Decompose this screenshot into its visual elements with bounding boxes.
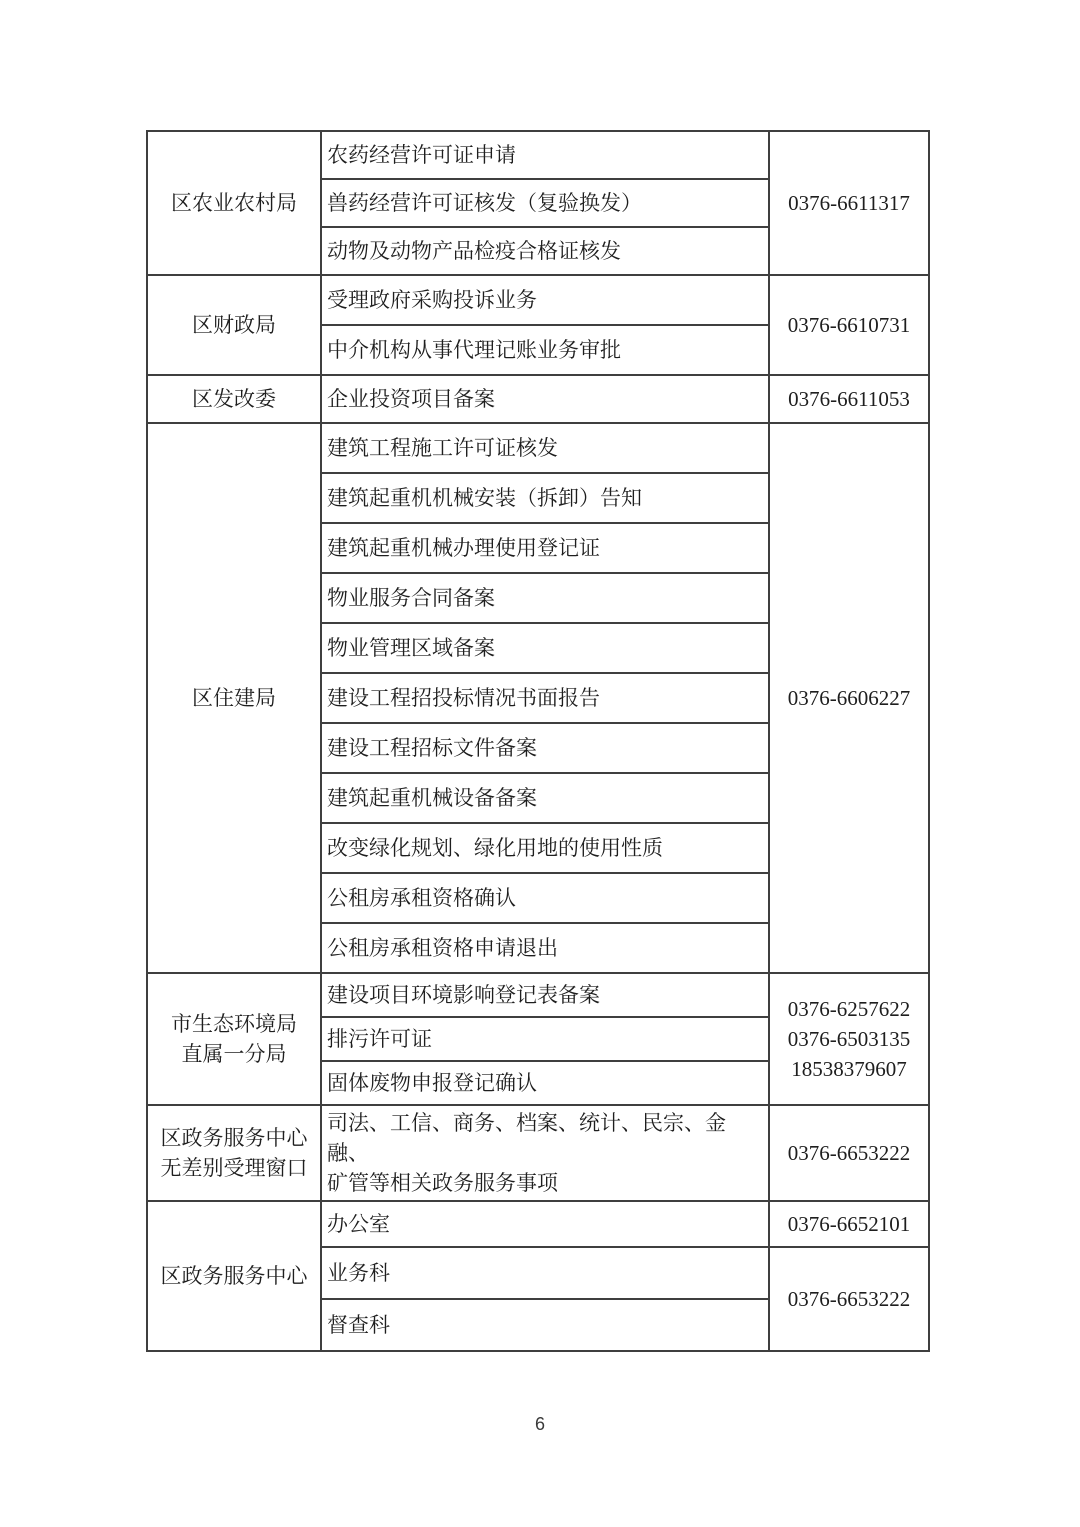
phone-cell: 0376-6611317: [769, 131, 929, 275]
table-row: 区政务服务中心办公室0376-6652101: [147, 1201, 929, 1247]
phone-cell: 0376-6653222: [769, 1105, 929, 1201]
service-item-cell: 建设工程招标文件备案: [321, 723, 769, 773]
service-item-cell: 建筑起重机械办理使用登记证: [321, 523, 769, 573]
department-cell: 区政务服务中心 无差别受理窗口: [147, 1105, 321, 1201]
department-cell: 区发改委: [147, 375, 321, 423]
table-row: 市生态环境局 直属一分局建设项目环境影响登记表备案0376-6257622 03…: [147, 973, 929, 1017]
document-page: 区农业农村局农药经营许可证申请0376-6611317兽药经营许可证核发（复验换…: [0, 0, 1080, 1527]
service-item-cell: 公租房承租资格申请退出: [321, 923, 769, 973]
service-item-cell: 建筑起重机械设备备案: [321, 773, 769, 823]
department-cell: 市生态环境局 直属一分局: [147, 973, 321, 1105]
phone-cell: 0376-6653222: [769, 1247, 929, 1351]
page-number: 6: [0, 1414, 1080, 1435]
table-row: 区发改委企业投资项目备案0376-6611053: [147, 375, 929, 423]
table-row: 区住建局建筑工程施工许可证核发0376-6606227: [147, 423, 929, 473]
department-cell: 区政务服务中心: [147, 1201, 321, 1351]
service-item-cell: 建设工程招投标情况书面报告: [321, 673, 769, 723]
service-item-cell: 督查科: [321, 1299, 769, 1351]
service-item-cell: 业务科: [321, 1247, 769, 1299]
service-item-cell: 排污许可证: [321, 1017, 769, 1061]
service-item-cell: 物业管理区域备案: [321, 623, 769, 673]
department-cell: 区住建局: [147, 423, 321, 973]
service-item-cell: 中介机构从事代理记账业务审批: [321, 325, 769, 375]
service-item-cell: 改变绿化规划、绿化用地的使用性质: [321, 823, 769, 873]
service-item-cell: 兽药经营许可证核发（复验换发）: [321, 179, 769, 227]
service-item-cell: 司法、工信、商务、档案、统计、民宗、金融、 矿管等相关政务服务事项: [321, 1105, 769, 1201]
table-row: 区农业农村局农药经营许可证申请0376-6611317: [147, 131, 929, 179]
phone-cell: 0376-6611053: [769, 375, 929, 423]
phone-cell: 0376-6652101: [769, 1201, 929, 1247]
service-item-cell: 办公室: [321, 1201, 769, 1247]
service-item-cell: 企业投资项目备案: [321, 375, 769, 423]
department-cell: 区农业农村局: [147, 131, 321, 275]
service-item-cell: 公租房承租资格确认: [321, 873, 769, 923]
service-item-cell: 建筑起重机机械安装（拆卸）告知: [321, 473, 769, 523]
service-item-cell: 物业服务合同备案: [321, 573, 769, 623]
phone-cell: 0376-6610731: [769, 275, 929, 375]
service-item-cell: 固体废物申报登记确认: [321, 1061, 769, 1105]
services-table: 区农业农村局农药经营许可证申请0376-6611317兽药经营许可证核发（复验换…: [146, 130, 930, 1352]
service-item-cell: 建设项目环境影响登记表备案: [321, 973, 769, 1017]
services-table-body: 区农业农村局农药经营许可证申请0376-6611317兽药经营许可证核发（复验换…: [147, 131, 929, 1351]
service-item-cell: 建筑工程施工许可证核发: [321, 423, 769, 473]
phone-cell: 0376-6257622 0376-6503135 18538379607: [769, 973, 929, 1105]
service-item-cell: 农药经营许可证申请: [321, 131, 769, 179]
service-item-cell: 受理政府采购投诉业务: [321, 275, 769, 325]
service-item-cell: 动物及动物产品检疫合格证核发: [321, 227, 769, 275]
phone-cell: 0376-6606227: [769, 423, 929, 973]
table-row: 区财政局受理政府采购投诉业务0376-6610731: [147, 275, 929, 325]
department-cell: 区财政局: [147, 275, 321, 375]
table-row: 区政务服务中心 无差别受理窗口司法、工信、商务、档案、统计、民宗、金融、 矿管等…: [147, 1105, 929, 1201]
